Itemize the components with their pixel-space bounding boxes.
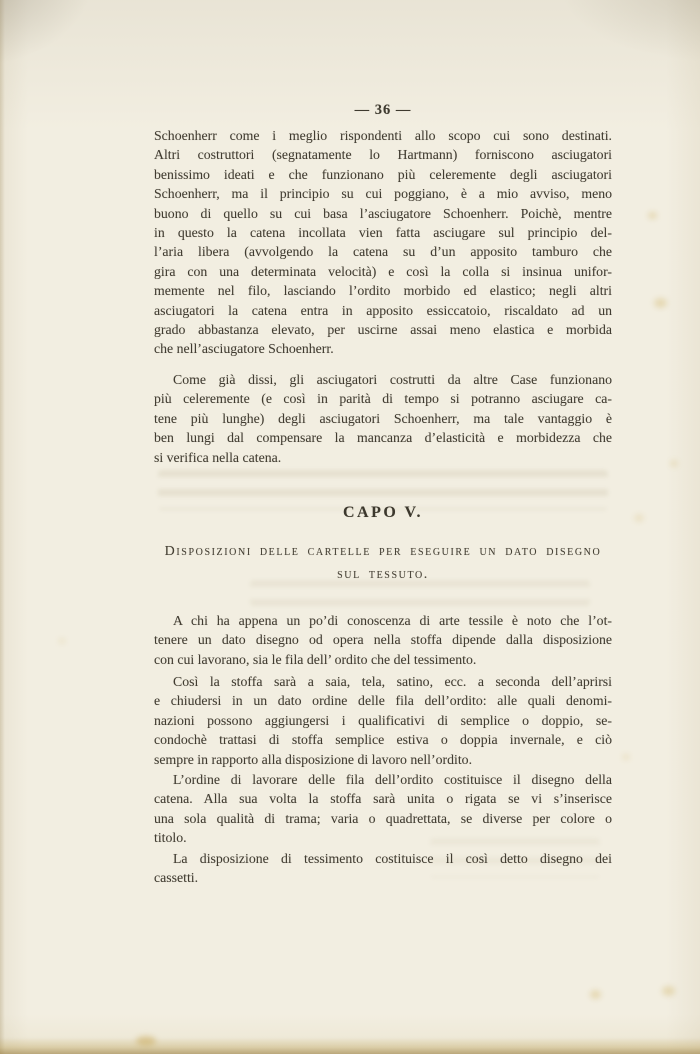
text-line: condochè trattasi di stoffa semplice est… — [154, 730, 612, 749]
text-line: Come già dissi, gli asciugatori costrutt… — [154, 370, 612, 389]
paragraph: Schoenherr come i meglio rispondenti all… — [154, 126, 612, 359]
text-line: ben lungi dal compensare la mancanza d’e… — [154, 428, 612, 447]
text-line: una sola qualità di trama; varia o quadr… — [154, 809, 612, 828]
foxing-spot — [648, 212, 657, 219]
chapter-subtitle-line: Disposizioni delle cartelle per eseguire… — [154, 542, 612, 561]
paragraph: Come già dissi, gli asciugatori costrutt… — [154, 370, 612, 467]
paragraph: L’ordine di lavorare delle fila dell’ord… — [154, 770, 612, 848]
text-line: benissimo ideati e che funzionano più ce… — [154, 165, 612, 184]
foxing-spot — [662, 986, 675, 996]
paragraph: Così la stoffa sarà a saia, tela, satino… — [154, 672, 612, 769]
paragraph: A chi ha appena un po’di conoscenza di a… — [154, 611, 612, 669]
foxing-spot — [634, 514, 644, 522]
text-line: sempre in rapporto alla disposizione di … — [154, 750, 612, 769]
chapter-subtitle-line: sul tessuto. — [154, 565, 612, 584]
text-line: e chiudersi in un dato ordine delle fila… — [154, 691, 612, 710]
text-line: cassetti. — [154, 868, 612, 887]
foxing-spot — [654, 298, 667, 308]
text-line: con cui lavorano, sia le fila dell’ ordi… — [154, 650, 612, 669]
paragraph: La disposizione di tessimento costituisc… — [154, 849, 612, 888]
text-line: che nell’asciugatore Schoenherr. — [154, 339, 612, 358]
text-line: L’ordine di lavorare delle fila dell’ord… — [154, 770, 612, 789]
text-line: nazioni possono aggiungersi i qualificat… — [154, 711, 612, 730]
chapter-title: CAPO V. — [154, 503, 612, 523]
text-line: tenere un dato disegno od opera nella st… — [154, 630, 612, 649]
text-line: Altri costruttori (segnatamente lo Hartm… — [154, 145, 612, 164]
text-line: grado abbastanza elevato, per uscirne as… — [154, 320, 612, 339]
foxing-spot — [670, 460, 678, 467]
text-line: Schoenherr, ma il principio su cui poggi… — [154, 184, 612, 203]
text-line: La disposizione di tessimento costituisc… — [154, 849, 612, 868]
text-line: titolo. — [154, 828, 612, 847]
foxing-spot — [136, 1036, 156, 1046]
text-line: Schoenherr come i meglio rispondenti all… — [154, 126, 612, 145]
text-line: in questo la catena incollata vien fatta… — [154, 223, 612, 242]
text-column: Schoenherr come i meglio rispondenti all… — [154, 0, 612, 1054]
text-line: gira con una determinata velocità) e cos… — [154, 262, 612, 281]
text-line: catena. Alla sua volta la stoffa sarà un… — [154, 789, 612, 808]
text-line: memente nel filo, lasciando l’ordito mor… — [154, 281, 612, 300]
text-line: tene più lunghe) degli asciugatori Schoe… — [154, 409, 612, 428]
foxing-spot — [58, 638, 66, 644]
foxing-spot — [622, 754, 630, 760]
text-line: si verifica nella catena. — [154, 448, 612, 467]
text-line: asciugatori la catena entra in apposito … — [154, 301, 612, 320]
text-line: buono di quello su cui basa l’asciugator… — [154, 204, 612, 223]
text-line: Così la stoffa sarà a saia, tela, satino… — [154, 672, 612, 691]
book-page: — 36 — Schoenherr come i meglio risponde… — [0, 0, 700, 1054]
text-line: A chi ha appena un po’di conoscenza di a… — [154, 611, 612, 630]
text-line: più celeremente (e così in parità di tem… — [154, 389, 612, 408]
text-line: l’aria libera (avvolgendo la catena su d… — [154, 242, 612, 261]
